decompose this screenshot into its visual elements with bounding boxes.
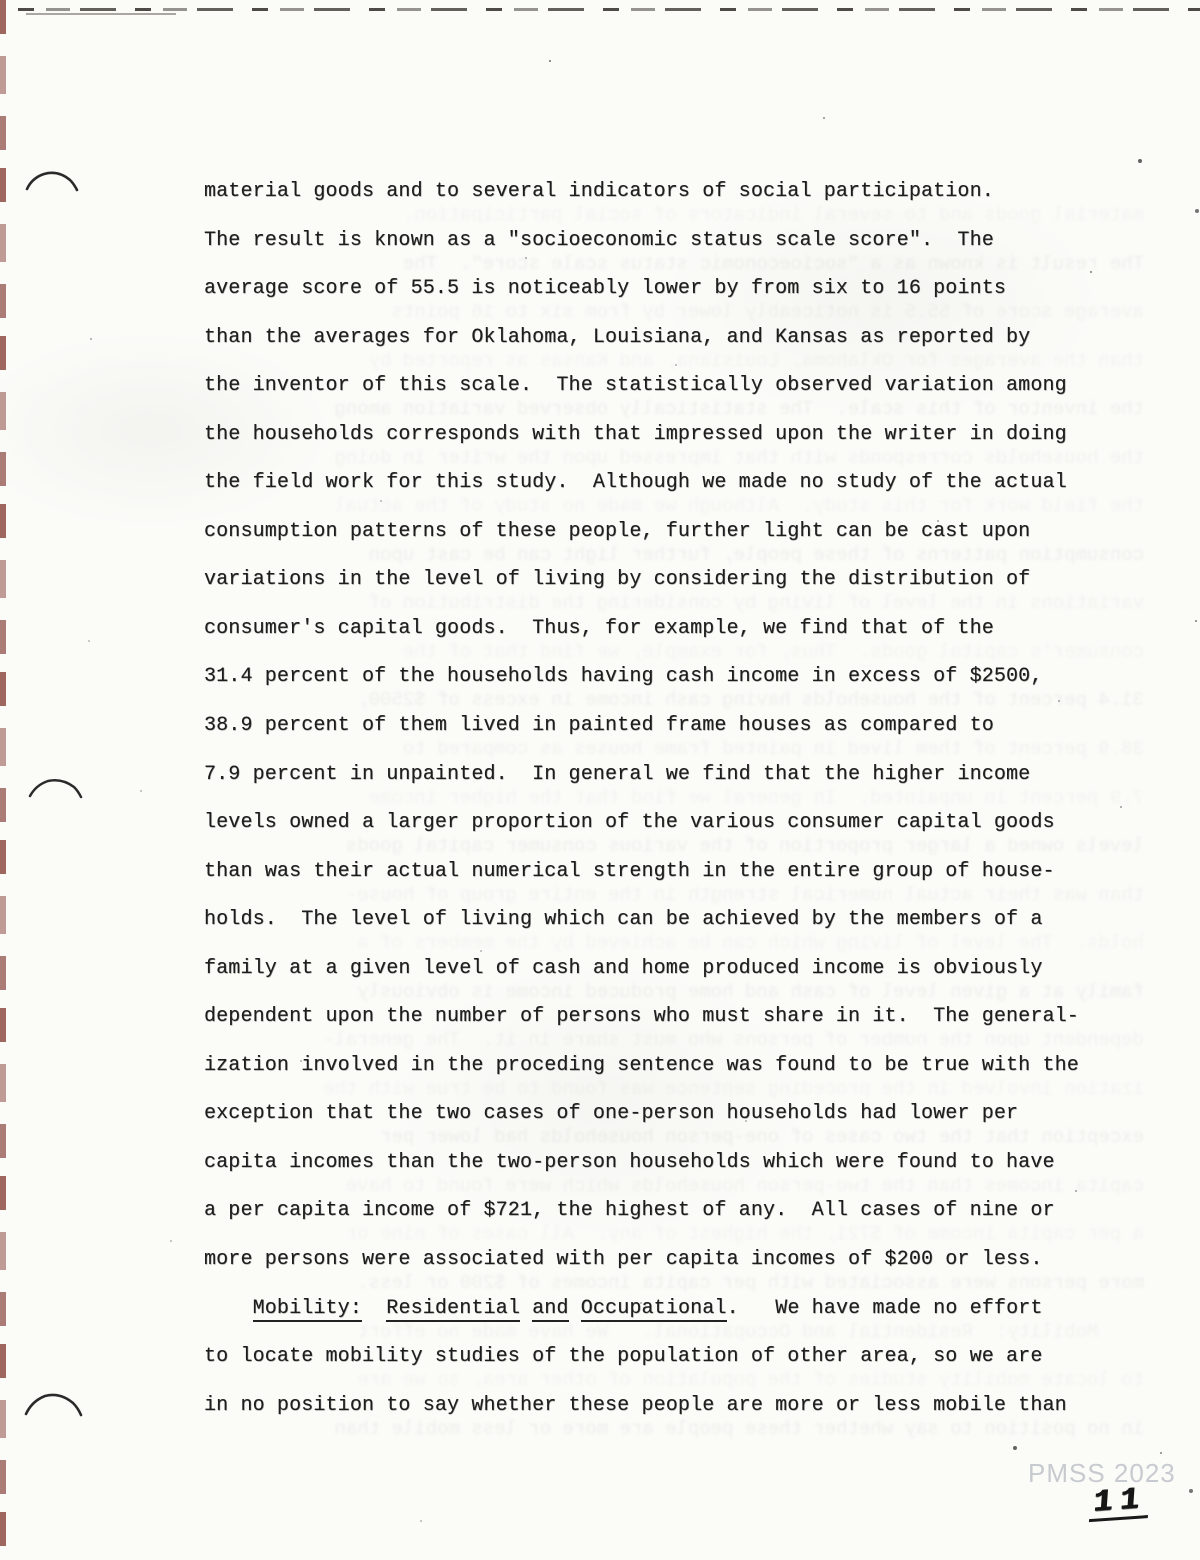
text-line: a per capita income of $721, the highest… [204, 1187, 1200, 1236]
underlined-heading-word: Residential [386, 1297, 520, 1322]
text-line: consumption patterns of these people, fu… [204, 508, 1200, 557]
text-line: in no position to say whether these peop… [204, 1382, 1200, 1431]
scan-specks [0, 0, 2, 2]
text-line: consumer's capital goods. Thus, for exam… [204, 605, 1200, 654]
heading-text [520, 1297, 532, 1320]
heading-text [204, 1297, 253, 1320]
text-line: to locate mobility studies of the popula… [204, 1333, 1200, 1382]
text-line: ization involved in the proceding senten… [204, 1042, 1200, 1091]
text-line: Mobility: Residential and Occupational. … [204, 1285, 1200, 1334]
underlined-heading-word: and [532, 1297, 568, 1322]
text-line: dependent upon the number of persons who… [204, 993, 1200, 1042]
margin-pencil-mark [27, 774, 85, 804]
text-line: more persons were associated with per ca… [204, 1236, 1200, 1285]
text-line: exception that the two cases of one-pers… [204, 1090, 1200, 1139]
scan-edge-artifact-left [0, 0, 6, 1560]
underlined-heading-word: Occupational [581, 1297, 727, 1322]
text-line: variations in the level of living by con… [204, 556, 1200, 605]
scanned-document-page: material goods and to several indicators… [0, 0, 1200, 1560]
heading-text: We have made no effort [739, 1297, 1043, 1320]
text-line: 31.4 percent of the households having ca… [204, 653, 1200, 702]
text-line: capita incomes than the two-person house… [204, 1139, 1200, 1188]
heading-text [569, 1297, 581, 1320]
heading-text: . [727, 1297, 739, 1320]
underlined-heading-word: Mobility: [253, 1297, 362, 1322]
margin-pencil-mark [23, 1388, 85, 1422]
text-line: material goods and to several indicators… [204, 168, 1200, 217]
margin-pencil-mark [24, 166, 82, 196]
text-line: The result is known as a "socioeconomic … [204, 217, 1200, 266]
text-line: 38.9 percent of them lived in painted fr… [204, 702, 1200, 751]
text-line: levels owned a larger proportion of the … [204, 799, 1200, 848]
heading-text [362, 1297, 386, 1320]
text-line: the field work for this study. Although … [204, 459, 1200, 508]
text-line: family at a given level of cash and home… [204, 945, 1200, 994]
text-line: holds. The level of living which can be … [204, 896, 1200, 945]
text-line: average score of 55.5 is noticeably lowe… [204, 265, 1200, 314]
text-line: the households corresponds with that imp… [204, 411, 1200, 460]
text-line: than was their actual numerical strength… [204, 848, 1200, 897]
text-line: than the averages for Oklahoma, Louisian… [204, 314, 1200, 363]
typewritten-text: material goods and to several indicators… [204, 168, 1200, 1430]
scan-edge-artifact-top [18, 8, 1200, 11]
text-line: the inventor of this scale. The statisti… [204, 362, 1200, 411]
text-line: 7.9 percent in unpainted. In general we … [204, 751, 1200, 800]
page-number: 11 [1089, 1485, 1150, 1522]
